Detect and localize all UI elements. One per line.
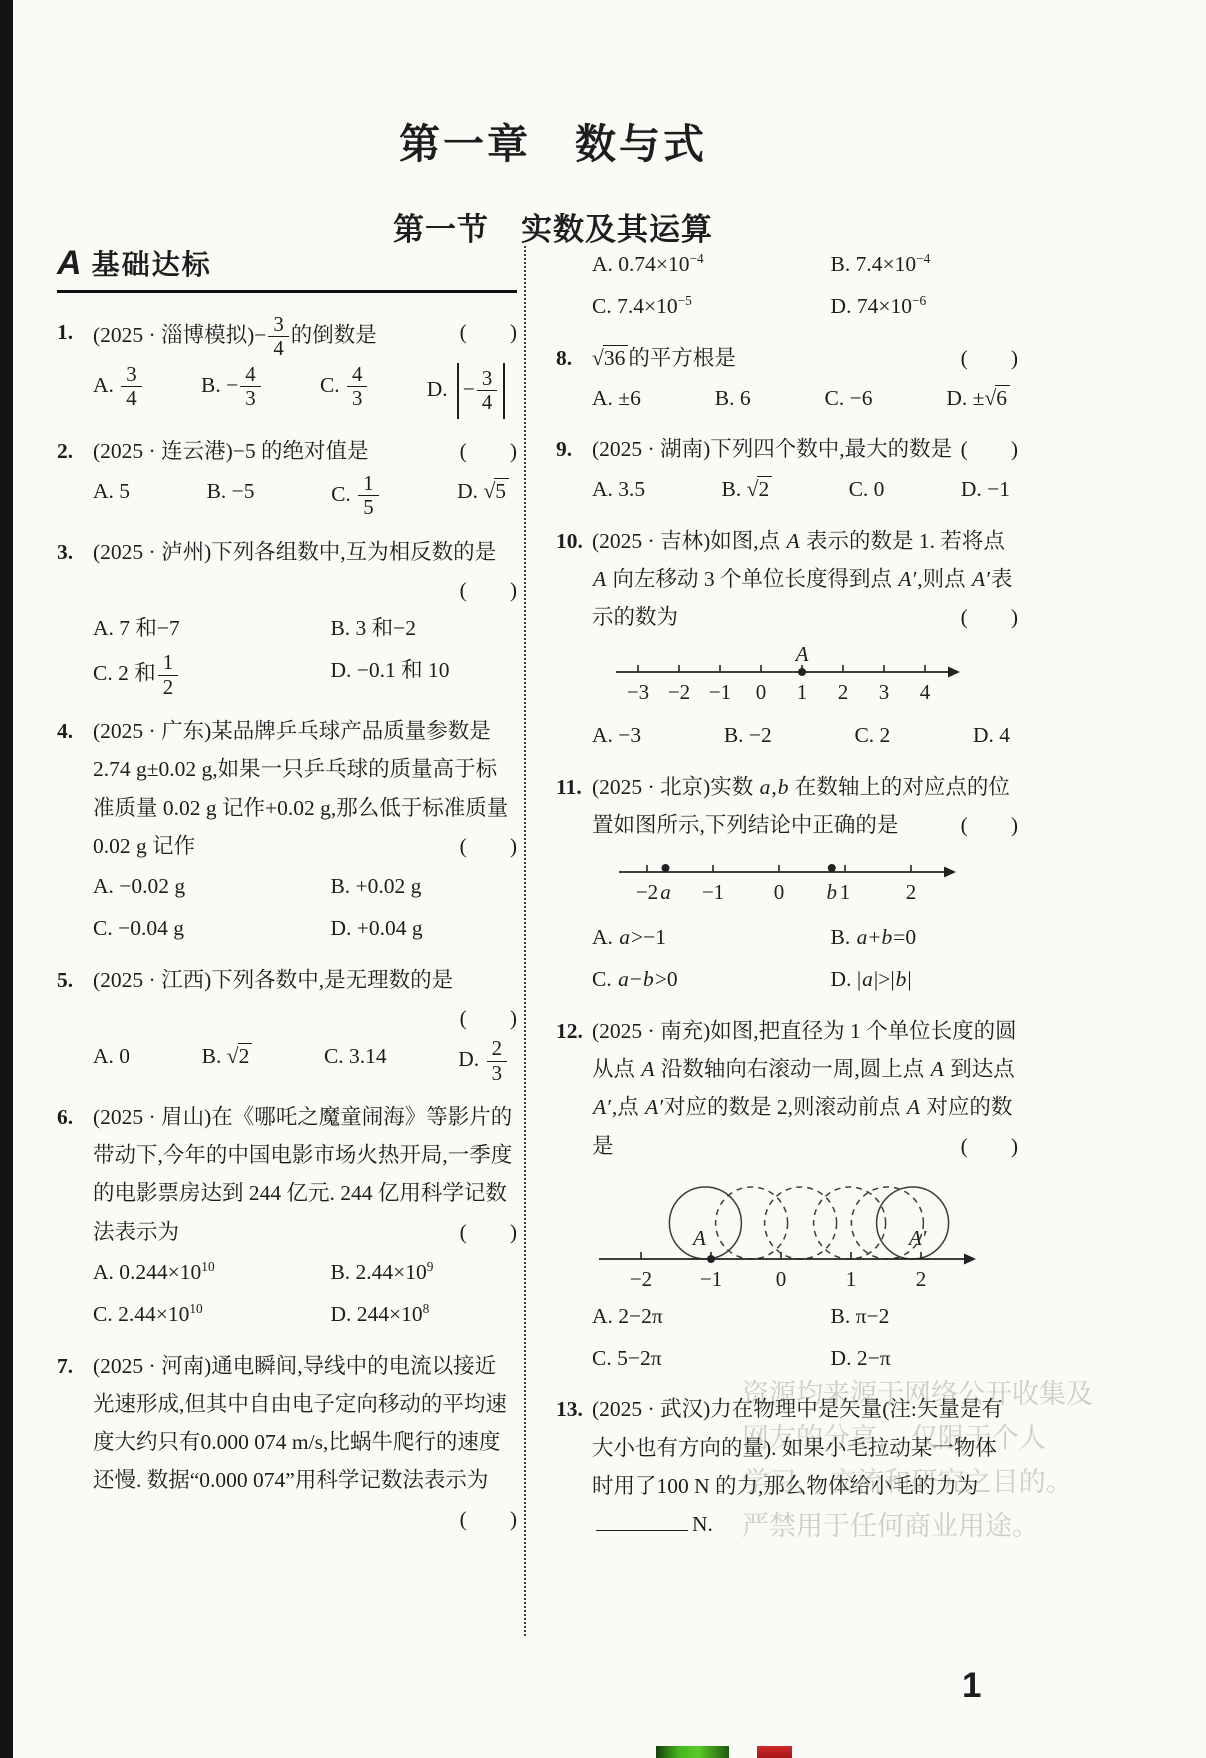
options-grid: A. 34B. −43C. 43D. −34 bbox=[57, 363, 517, 419]
options-grid: A. 0B. √2C. 3.14D. 23 bbox=[57, 1037, 517, 1085]
answer-paren: ( ) bbox=[460, 827, 517, 865]
option-B: B. √2 bbox=[722, 470, 773, 508]
option-A: A. 5 bbox=[93, 472, 130, 520]
svg-text:b: b bbox=[827, 880, 838, 904]
problem-stem: (2025 · 广东)某品牌乒乓球产品质量参数是 2.74 g±0.02 g,如… bbox=[93, 719, 508, 858]
footer-green-mark bbox=[656, 1746, 729, 1758]
problem-stem: (2025 · 江西)下列各数中,是无理数的是( ) bbox=[93, 968, 453, 992]
option-D: D. +0.04 g bbox=[330, 909, 517, 947]
problem-stem-row: 2.(2025 · 连云港)−5 的绝对值是( ) bbox=[57, 432, 517, 470]
sqrt: √6 bbox=[984, 386, 1010, 410]
fraction: 34 bbox=[477, 367, 497, 415]
svg-text:A′: A′ bbox=[907, 1226, 927, 1250]
problem-stem-row: 12.(2025 · 南充)如图,把直径为 1 个单位长度的圆从点 A 沿数轴向… bbox=[556, 1012, 1018, 1165]
option-A: A. 3.5 bbox=[592, 470, 645, 508]
problem-number: 4. bbox=[57, 712, 73, 750]
problem-stem: (2025 · 泸州)下列各组数中,互为相反数的是( ) bbox=[93, 540, 496, 564]
svg-text:2: 2 bbox=[916, 1267, 927, 1289]
section-title: 第一节 实数及其运算 bbox=[13, 204, 1093, 249]
problem-stem: (2025 · 河南)通电瞬间,导线中的电流以接近光速形成,但其中自由电子定向移… bbox=[93, 1354, 507, 1493]
options-grid: A. 2−2πB. π−2C. 5−2πD. 2−π bbox=[556, 1297, 1018, 1378]
answer-paren: ( ) bbox=[961, 1127, 1018, 1165]
problem-stem: (2025 · 淄博模拟)−34的倒数是( ) bbox=[93, 323, 377, 347]
problem-figure: AA′−2−1012 bbox=[556, 1171, 1018, 1289]
svg-text:1: 1 bbox=[840, 880, 851, 904]
fraction: 23 bbox=[487, 1037, 507, 1085]
option-B: B. a+b=0 bbox=[831, 918, 1018, 956]
sqrt: √36 bbox=[592, 346, 628, 370]
svg-text:−3: −3 bbox=[626, 680, 648, 704]
option-C: C. −6 bbox=[824, 379, 872, 417]
option-D: D. 2−π bbox=[831, 1339, 1018, 1377]
figure-numberline: −3−2−101234A bbox=[614, 642, 961, 708]
problem-stem-row: 6.(2025 · 眉山)在《哪吒之魔童闹海》等影片的带动下,今年的中国电影市场… bbox=[57, 1098, 517, 1251]
problem-3: 3.(2025 · 泸州)下列各组数中,互为相反数的是( )A. 7 和−7B.… bbox=[57, 533, 517, 700]
problem-stem-row: 4.(2025 · 广东)某品牌乒乓球产品质量参数是 2.74 g±0.02 g… bbox=[57, 712, 517, 865]
fraction: 34 bbox=[268, 313, 288, 361]
section-a-header: A基础达标 bbox=[57, 243, 517, 293]
problem-7: 7.(2025 · 河南)通电瞬间,导线中的电流以接近光速形成,但其中自由电子定… bbox=[57, 1347, 517, 1500]
option-B: B. 2.44×109 bbox=[330, 1253, 517, 1291]
option-A: A. −0.02 g bbox=[93, 867, 330, 905]
svg-text:1: 1 bbox=[846, 1267, 857, 1289]
answer-paren: ( ) bbox=[961, 598, 1018, 636]
option-B: B. 3 和−2 bbox=[330, 609, 517, 647]
problem-stem-row: 3.(2025 · 泸州)下列各组数中,互为相反数的是( ) bbox=[57, 533, 517, 571]
fraction: 43 bbox=[240, 363, 260, 411]
sqrt: √5 bbox=[483, 479, 509, 503]
option-D: D. ±√6 bbox=[946, 379, 1010, 417]
option-B: B. −43 bbox=[201, 363, 263, 419]
problem-stem-row: 1.(2025 · 淄博模拟)−34的倒数是( ) bbox=[57, 313, 517, 361]
option-C: C. 3.14 bbox=[324, 1037, 387, 1085]
option-C: C. 7.4×10−5 bbox=[592, 287, 831, 325]
svg-text:−1: −1 bbox=[708, 680, 730, 704]
option-A: A. 0.244×1010 bbox=[93, 1253, 330, 1291]
problem-12: 12.(2025 · 南充)如图,把直径为 1 个单位长度的圆从点 A 沿数轴向… bbox=[556, 1012, 1018, 1378]
problem-2: 2.(2025 · 连云港)−5 的绝对值是( )A. 5B. −5C. 15D… bbox=[57, 432, 517, 520]
problem-13: 13.(2025 · 武汉)力在物理中是矢量(注:矢量是有大小也有方向的量). … bbox=[556, 1390, 1018, 1543]
svg-text:0: 0 bbox=[776, 1267, 787, 1289]
option-C: C. 0 bbox=[849, 470, 885, 508]
option-A: A. 0.74×10−4 bbox=[592, 245, 831, 283]
column-divider bbox=[524, 246, 526, 1636]
left-column: A基础达标 1.(2025 · 淄博模拟)−34的倒数是( )A. 34B. −… bbox=[57, 243, 517, 1538]
answer-paren: ( ) bbox=[460, 571, 517, 609]
option-D: D. 74×10−6 bbox=[831, 287, 1018, 325]
option-C: C. −0.04 g bbox=[93, 909, 330, 947]
problem-stem: √36的平方根是( ) bbox=[592, 346, 736, 370]
option-A: A. a>−1 bbox=[592, 918, 831, 956]
problem-number: 8. bbox=[556, 339, 572, 377]
problem-number: 7. bbox=[57, 1347, 73, 1385]
option-C: C. 5−2π bbox=[592, 1339, 831, 1377]
figure-rolling: AA′−2−1012 bbox=[597, 1171, 977, 1289]
answer-paren: ( ) bbox=[460, 1500, 517, 1538]
svg-text:−2: −2 bbox=[636, 880, 658, 904]
answer-paren: ( ) bbox=[460, 999, 517, 1037]
problem-number: 11. bbox=[556, 768, 582, 806]
fraction: 34 bbox=[121, 363, 141, 411]
sqrt: √2 bbox=[747, 477, 773, 501]
options-grid: A. a>−1B. a+b=0C. a−b>0D. |a|>|b| bbox=[556, 918, 1018, 999]
option-D: D. −34 bbox=[427, 363, 509, 419]
option-B: B. π−2 bbox=[831, 1297, 1018, 1335]
svg-text:−1: −1 bbox=[700, 1267, 722, 1289]
problem-stem-row: 10.(2025 · 吉林)如图,点 A 表示的数是 1. 若将点 A 向左移动… bbox=[556, 522, 1018, 637]
figure-numberline: −2−1012ab bbox=[617, 850, 957, 910]
problem-stem: (2025 · 连云港)−5 的绝对值是( ) bbox=[93, 439, 368, 463]
svg-text:1: 1 bbox=[796, 680, 807, 704]
problem-number: 2. bbox=[57, 432, 73, 470]
problem-number: 1. bbox=[57, 313, 73, 351]
answer-paren: ( ) bbox=[460, 432, 517, 470]
option-C: C. 2 bbox=[854, 716, 890, 754]
answer-blank bbox=[596, 1508, 688, 1532]
problem-stem-row: 8.√36的平方根是( ) bbox=[556, 339, 1018, 377]
problem-number: 6. bbox=[57, 1098, 73, 1136]
page-number: 1 bbox=[962, 1666, 981, 1706]
answer-paren: ( ) bbox=[961, 339, 1018, 377]
option-D: D. |a|>|b| bbox=[831, 960, 1018, 998]
option-A: A. 2−2π bbox=[592, 1297, 831, 1335]
option-A: A. 7 和−7 bbox=[93, 609, 330, 647]
svg-text:−1: −1 bbox=[702, 880, 724, 904]
answer-paren: ( ) bbox=[460, 1213, 517, 1251]
problem-6: 6.(2025 · 眉山)在《哪吒之魔童闹海》等影片的带动下,今年的中国电影市场… bbox=[57, 1098, 517, 1334]
option-B: B. −2 bbox=[724, 716, 772, 754]
svg-text:4: 4 bbox=[919, 680, 930, 704]
option-D: D. −1 bbox=[961, 470, 1010, 508]
option-D: D. 4 bbox=[973, 716, 1010, 754]
problem-11: 11.(2025 · 北京)实数 a,b 在数轴上的对应点的位置如图所示,下列结… bbox=[556, 768, 1018, 999]
left-problem-list: 1.(2025 · 淄博模拟)−34的倒数是( )A. 34B. −43C. 4… bbox=[57, 313, 517, 1500]
option-C: C. 2 和12 bbox=[93, 651, 330, 699]
problem-stem-row: 9.(2025 · 湖南)下列四个数中,最大的数是( ) bbox=[556, 430, 1018, 468]
options-grid: A. 7 和−7B. 3 和−2C. 2 和12D. −0.1 和 10 bbox=[57, 609, 517, 699]
section-a-label: 基础达标 bbox=[92, 249, 212, 280]
option-B: B. 6 bbox=[715, 379, 751, 417]
option-A: A. 0 bbox=[93, 1037, 130, 1085]
svg-text:a: a bbox=[660, 880, 671, 904]
option-B: B. −5 bbox=[207, 472, 255, 520]
answer-paren: ( ) bbox=[961, 430, 1018, 468]
option-C: C. 43 bbox=[320, 363, 370, 419]
options-grid: A. 0.244×1010B. 2.44×109C. 2.44×1010D. 2… bbox=[57, 1253, 517, 1334]
options-grid: A. −0.02 gB. +0.02 gC. −0.04 gD. +0.04 g bbox=[57, 867, 517, 948]
option-B: B. √2 bbox=[202, 1037, 253, 1085]
option-B: B. +0.02 g bbox=[330, 867, 517, 905]
options-grid: A. −3B. −2C. 2D. 4 bbox=[556, 716, 1018, 754]
problem-number: 13. bbox=[556, 1390, 583, 1428]
problem-figure: −2−1012ab bbox=[556, 850, 1018, 910]
option-D: D. 244×108 bbox=[330, 1295, 517, 1333]
problem-stem: (2025 · 吉林)如图,点 A 表示的数是 1. 若将点 A 向左移动 3 … bbox=[592, 529, 1012, 630]
option-D: D. −0.1 和 10 bbox=[330, 651, 517, 699]
problem-9: 9.(2025 · 湖南)下列四个数中,最大的数是( )A. 3.5B. √2C… bbox=[556, 430, 1018, 509]
option-D: D. √5 bbox=[457, 472, 509, 520]
svg-text:0: 0 bbox=[774, 880, 785, 904]
problem-stem-row: 13.(2025 · 武汉)力在物理中是矢量(注:矢量是有大小也有方向的量). … bbox=[556, 1390, 1018, 1543]
problem-number: 12. bbox=[556, 1012, 583, 1050]
problem-stem: (2025 · 南充)如图,把直径为 1 个单位长度的圆从点 A 沿数轴向右滚动… bbox=[592, 1019, 1017, 1158]
problem-number: 3. bbox=[57, 533, 73, 571]
chapter-title: 第一章 数与式 bbox=[13, 111, 1093, 170]
problem-5: 5.(2025 · 江西)下列各数中,是无理数的是( )A. 0B. √2C. … bbox=[57, 961, 517, 1085]
answer-paren: ( ) bbox=[961, 806, 1018, 844]
option-A: A. 34 bbox=[93, 363, 144, 419]
sqrt: √2 bbox=[227, 1044, 253, 1068]
svg-text:A: A bbox=[691, 1226, 706, 1250]
problem-number: 5. bbox=[57, 961, 73, 999]
option-C: C. 2.44×1010 bbox=[93, 1295, 330, 1333]
svg-text:2: 2 bbox=[837, 680, 848, 704]
svg-text:−2: −2 bbox=[630, 1267, 652, 1289]
problem-10: 10.(2025 · 吉林)如图,点 A 表示的数是 1. 若将点 A 向左移动… bbox=[556, 522, 1018, 755]
abs-bar bbox=[503, 363, 505, 419]
option-B: B. 7.4×10−4 bbox=[831, 245, 1018, 283]
right-problem-list: A. 0.74×10−4B. 7.4×10−4C. 7.4×10−5D. 74×… bbox=[556, 245, 1018, 1543]
svg-text:3: 3 bbox=[878, 680, 889, 704]
svg-text:A: A bbox=[793, 642, 808, 666]
options-grid: A. 0.74×10−4B. 7.4×10−4C. 7.4×10−5D. 74×… bbox=[556, 245, 1018, 326]
option-C: C. 15 bbox=[331, 472, 381, 520]
problem-stem: (2025 · 北京)实数 a,b 在数轴上的对应点的位置如图所示,下列结论中正… bbox=[592, 775, 1010, 837]
right-column: A. 0.74×10−4B. 7.4×10−4C. 7.4×10−5D. 74×… bbox=[556, 243, 1018, 1556]
section-a-letter: A bbox=[57, 244, 82, 282]
option-A: A. −3 bbox=[592, 716, 641, 754]
options-grid: A. ±6B. 6C. −6D. ±√6 bbox=[556, 379, 1018, 417]
options-grid: A. 3.5B. √2C. 0D. −1 bbox=[556, 470, 1018, 508]
fraction: 12 bbox=[158, 651, 178, 699]
problem-stem: (2025 · 湖南)下列四个数中,最大的数是( ) bbox=[592, 437, 952, 461]
options-grid: A. 5B. −5C. 15D. √5 bbox=[57, 472, 517, 520]
problem-stem: (2025 · 武汉)力在物理中是矢量(注:矢量是有大小也有方向的量). 如果小… bbox=[592, 1397, 1003, 1536]
problem-4: 4.(2025 · 广东)某品牌乒乓球产品质量参数是 2.74 g±0.02 g… bbox=[57, 712, 517, 948]
problem-number: 10. bbox=[556, 522, 583, 560]
svg-text:2: 2 bbox=[906, 880, 917, 904]
problem-number: 9. bbox=[556, 430, 572, 468]
option-A: A. ±6 bbox=[592, 379, 641, 417]
svg-text:−2: −2 bbox=[667, 680, 689, 704]
fraction: 15 bbox=[358, 472, 378, 520]
problem-stem-row: 7.(2025 · 河南)通电瞬间,导线中的电流以接近光速形成,但其中自由电子定… bbox=[57, 1347, 517, 1500]
footer-red-mark bbox=[757, 1746, 792, 1758]
problem-stem-row: 11.(2025 · 北京)实数 a,b 在数轴上的对应点的位置如图所示,下列结… bbox=[556, 768, 1018, 845]
page-edge-bar bbox=[0, 0, 13, 1758]
problem-7-options-continued: A. 0.74×10−4B. 7.4×10−4C. 7.4×10−5D. 74×… bbox=[556, 245, 1018, 326]
svg-text:0: 0 bbox=[755, 680, 766, 704]
option-C: C. a−b>0 bbox=[592, 960, 831, 998]
option-D: D. 23 bbox=[458, 1037, 509, 1085]
problem-1: 1.(2025 · 淄博模拟)−34的倒数是( )A. 34B. −43C. 4… bbox=[57, 313, 517, 419]
problem-8: 8.√36的平方根是( )A. ±6B. 6C. −6D. ±√6 bbox=[556, 339, 1018, 418]
problem-figure: −3−2−101234A bbox=[556, 642, 1018, 708]
problem-stem-row: 5.(2025 · 江西)下列各数中,是无理数的是( ) bbox=[57, 961, 517, 999]
fraction: 43 bbox=[347, 363, 367, 411]
problem-stem: (2025 · 眉山)在《哪吒之魔童闹海》等影片的带动下,今年的中国电影市场火热… bbox=[93, 1105, 512, 1244]
abs-bar bbox=[457, 363, 459, 419]
answer-paren: ( ) bbox=[460, 313, 517, 351]
